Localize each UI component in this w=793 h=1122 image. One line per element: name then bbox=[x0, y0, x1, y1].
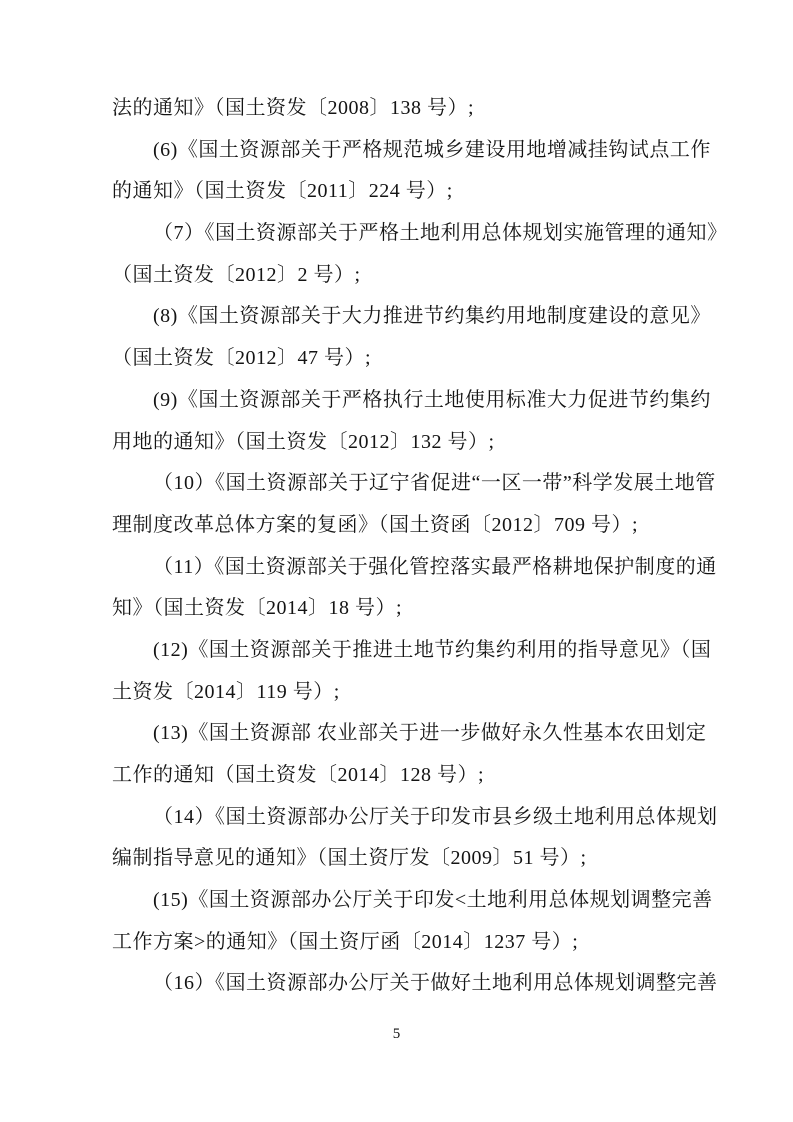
text-line: 用地的通知》（国土资发〔2012〕132 号）; bbox=[112, 422, 712, 464]
text-line: (9)《国土资源部关于严格执行土地使用标准大力促进节约集约 bbox=[112, 380, 712, 422]
document-page: 法的通知》（国土资发〔2008〕138 号）; (6)《国土资源部关于严格规范城… bbox=[0, 0, 793, 1122]
text-line: （国土资发〔2012〕2 号）; bbox=[112, 255, 712, 297]
text-line: (15)《国土资源部办公厅关于印发<土地利用总体规划调整完善 bbox=[112, 880, 712, 922]
page-number: 5 bbox=[0, 1024, 793, 1044]
text-line: 编制指导意见的通知》（国土资厅发〔2009〕51 号）; bbox=[112, 838, 712, 880]
text-line: 土资发〔2014〕119 号）; bbox=[112, 672, 712, 714]
text-line: （16）《国土资源部办公厅关于做好土地利用总体规划调整完善 bbox=[112, 963, 712, 1005]
text-line: (8)《国土资源部关于大力推进节约集约用地制度建设的意见》 bbox=[112, 296, 712, 338]
text-line: (13)《国土资源部 农业部关于进一步做好永久性基本农田划定 bbox=[112, 713, 712, 755]
page-body-text: 法的通知》（国土资发〔2008〕138 号）; (6)《国土资源部关于严格规范城… bbox=[112, 88, 712, 1005]
text-line: 工作的通知（国土资发〔2014〕128 号）; bbox=[112, 755, 712, 797]
text-line: （7）《国土资源部关于严格土地利用总体规划实施管理的通知》 bbox=[112, 213, 712, 255]
text-line: (12)《国土资源部关于推进土地节约集约利用的指导意见》（国 bbox=[112, 630, 712, 672]
text-line: （11）《国土资源部关于强化管控落实最严格耕地保护制度的通 bbox=[112, 547, 712, 589]
text-line: 理制度改革总体方案的复函》（国土资函〔2012〕709 号）; bbox=[112, 505, 712, 547]
text-line: 的通知》（国土资发〔2011〕224 号）; bbox=[112, 171, 712, 213]
text-line: （10）《国土资源部关于辽宁省促进“一区一带”科学发展土地管 bbox=[112, 463, 712, 505]
text-line: (6)《国土资源部关于严格规范城乡建设用地增减挂钩试点工作 bbox=[112, 130, 712, 172]
text-line: （国土资发〔2012〕47 号）; bbox=[112, 338, 712, 380]
text-line: 工作方案>的通知》（国土资厅函〔2014〕1237 号）; bbox=[112, 922, 712, 964]
text-line: （14）《国土资源部办公厅关于印发市县乡级土地利用总体规划 bbox=[112, 797, 712, 839]
text-line: 知》（国土资发〔2014〕18 号）; bbox=[112, 588, 712, 630]
text-line: 法的通知》（国土资发〔2008〕138 号）; bbox=[112, 88, 712, 130]
